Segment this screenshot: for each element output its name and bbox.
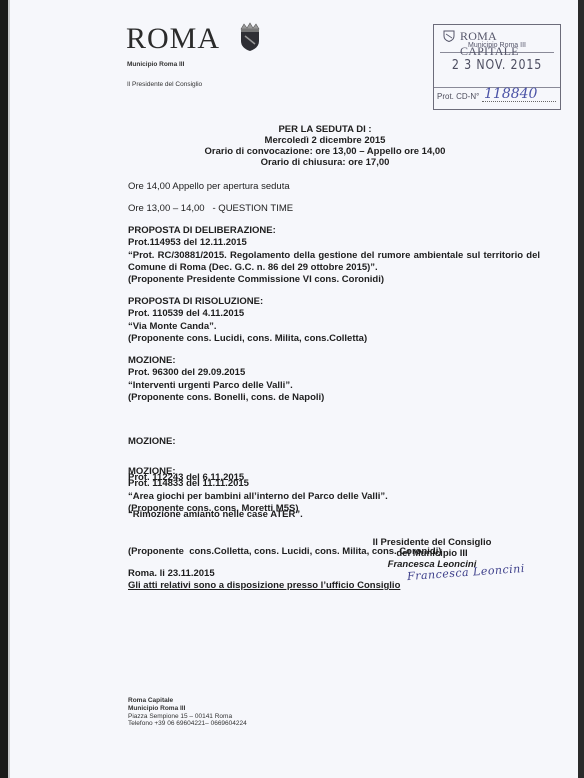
agenda-type: MOZIONE: [128,355,540,367]
footer-address: Roma Capitale Municipio Roma III Piazza … [128,697,247,728]
agenda-proponent: (Proponente cons. Lucidi, cons. Milita, … [128,333,540,345]
roma-logo-text: ROMA [126,22,220,56]
municipio-label: Municipio Roma III [127,61,184,68]
agenda-prot: Prot.114953 del 12.11.2015 [128,237,540,249]
presidente-label: Il Presidente del Consiglio [127,81,202,88]
signature-line1: Il Presidente del Consiglio [352,537,512,548]
stamp-prot-number: 118840 [484,86,537,102]
stamp-subtitle: Municipio Roma III [468,42,526,49]
signature-line2: del Municipio III [352,548,512,559]
agenda-type: MOZIONE: [128,436,540,448]
footer-line2: Municipio Roma III [128,705,185,712]
agenda-proponent: (Proponente cons. Bonelli, cons. de Napo… [128,392,540,404]
session-info: PER LA SEDUTA DI : Mercoledì 2 dicembre … [160,124,490,168]
session-date: Mercoledì 2 dicembre 2015 [160,135,490,146]
agenda-title: “Interventi urgenti Parco delle Valli”. [128,380,540,392]
agenda-title: “Area giochi per bambini all’interno del… [128,491,540,503]
session-convocation: Orario di convocazione: ore 13,00 – Appe… [160,146,490,157]
roma-crest-icon [239,22,261,52]
footer-line3: Piazza Sempione 15 – 00141 Roma [128,713,247,721]
stamp-prot-label: Prot. CD-N° [437,92,479,101]
agenda-title: “Prot. RC/30881/2015. Regolamento della … [128,250,540,275]
shield-icon [443,30,455,42]
session-closing: Orario di chiusura: ore 17,00 [160,157,490,168]
protocol-stamp: ROMA CAPITALE Municipio Roma III 2 3 NOV… [433,24,561,110]
documents-note: Gli atti relativi sono a disposizione pr… [128,580,400,591]
place-date: Roma. li 23.11.2015 [128,568,215,579]
agenda-title: “Via Monte Canda”. [128,321,540,333]
stamp-date: 2 3 NOV. 2015 [443,58,550,73]
agenda-type: PROPOSTA DI DELIBERAZIONE: [128,225,540,237]
session-heading: PER LA SEDUTA DI : [160,124,490,135]
schedule-item: Ore 13,00 – 14,00 - QUESTION TIME [128,203,293,214]
agenda-item: MOZIONE: Prot. 96300 del 29.09.2015 “Int… [128,355,540,404]
agenda-prot: Prot. 110539 del 4.11.2015 [128,308,540,320]
agenda-proponent: (Proponente Presidente Commissione VI co… [128,274,540,286]
agenda-prot: Prot. 114833 del 11.11.2015 [128,478,540,490]
schedule-item: Ore 14,00 Appello per apertura seduta [128,181,290,192]
agenda-item: PROPOSTA DI RISOLUZIONE: Prot. 110539 de… [128,296,540,345]
scan-edge [578,0,584,778]
agenda-type: PROPOSTA DI RISOLUZIONE: [128,296,540,308]
footer-line1: Roma Capitale [128,697,173,704]
agenda-item: MOZIONE: Prot. 114833 del 11.11.2015 “Ar… [128,466,540,515]
document-page: ROMA Municipio Roma III Il Presidente de… [8,0,580,778]
agenda-type: MOZIONE: [128,466,540,478]
agenda-proponent: (Proponente cons. cons. Moretti M5S) [128,503,540,515]
footer-line4: Telefono +39 06 69604221– 0669604224 [128,720,247,728]
agenda-prot: Prot. 96300 del 29.09.2015 [128,367,540,379]
agenda-item: PROPOSTA DI DELIBERAZIONE: Prot.114953 d… [128,225,540,286]
